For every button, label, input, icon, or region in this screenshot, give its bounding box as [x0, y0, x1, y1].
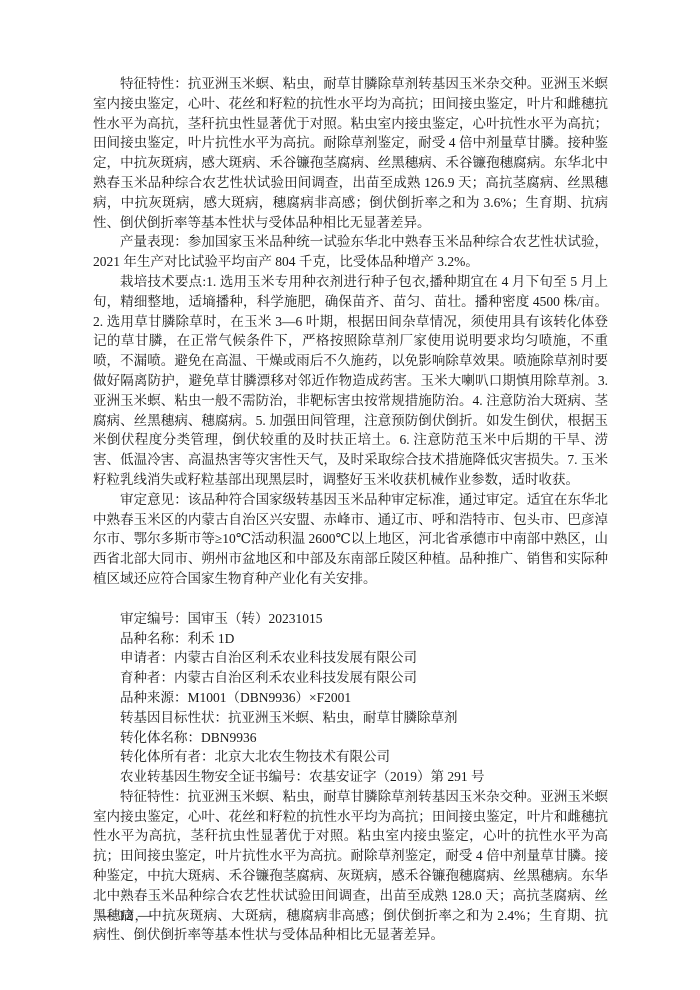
- paragraph-characteristics-1: 特征特性：抗亚洲玉米螟、粘虫，耐草甘膦除草剂转基因玉米杂交种。亚洲玉米螟室内接虫…: [93, 74, 608, 232]
- field-approval-number: 审定编号：国审玉（转）20231015: [93, 609, 608, 629]
- document-body: 特征特性：抗亚洲玉米螟、粘虫，耐草甘膦除草剂转基因玉米杂交种。亚洲玉米螟室内接虫…: [93, 74, 608, 945]
- paragraph-characteristics-2: 特征特性：抗亚洲玉米螟、粘虫，耐草甘膦除草剂转基因玉米杂交种。亚洲玉米螟室内接虫…: [93, 787, 608, 945]
- paragraph-yield-performance: 产量表现：参加国家玉米品种统一试验东华北中熟春玉米品种综合农艺性状试验，2021…: [93, 232, 608, 272]
- field-variety-name: 品种名称：利禾 1D: [93, 629, 608, 649]
- field-transgenic-target-traits: 转基因目标性状：抗亚洲玉米螟、粘虫，耐草甘膦除草剂: [93, 708, 608, 728]
- field-breeder: 育种者：内蒙古自治区利禾农业科技发展有限公司: [93, 668, 608, 688]
- field-biosafety-certificate-number: 农业转基因生物安全证书编号：农基安证字（2019）第 291 号: [93, 767, 608, 787]
- paragraph-cultivation-techniques: 栽培技术要点:1. 选用玉米专用种衣剂进行种子包衣,播种期宜在 4 月下旬至 5…: [93, 272, 608, 490]
- paragraph-approval-opinion: 审定意见：该品种符合国家级转基因玉米品种审定标准，通过审定。适宜在东华北中熟春玉…: [93, 490, 608, 589]
- document-page: 特征特性：抗亚洲玉米螟、粘虫，耐草甘膦除草剂转基因玉米杂交种。亚洲玉米螟室内接虫…: [0, 0, 700, 990]
- field-transformation-event-name: 转化体名称：DBN9936: [93, 728, 608, 748]
- field-variety-source: 品种来源：M1001（DBN9936）×F2001: [93, 688, 608, 708]
- field-applicant: 申请者：内蒙古自治区利禾农业科技发展有限公司: [93, 648, 608, 668]
- variety-info-list: 审定编号：国审玉（转）20231015 品种名称：利禾 1D 申请者：内蒙古自治…: [93, 609, 608, 787]
- page-number: — 12 —: [99, 908, 153, 925]
- field-transformation-event-owner: 转化体所有者：北京大北农生物技术有限公司: [93, 747, 608, 767]
